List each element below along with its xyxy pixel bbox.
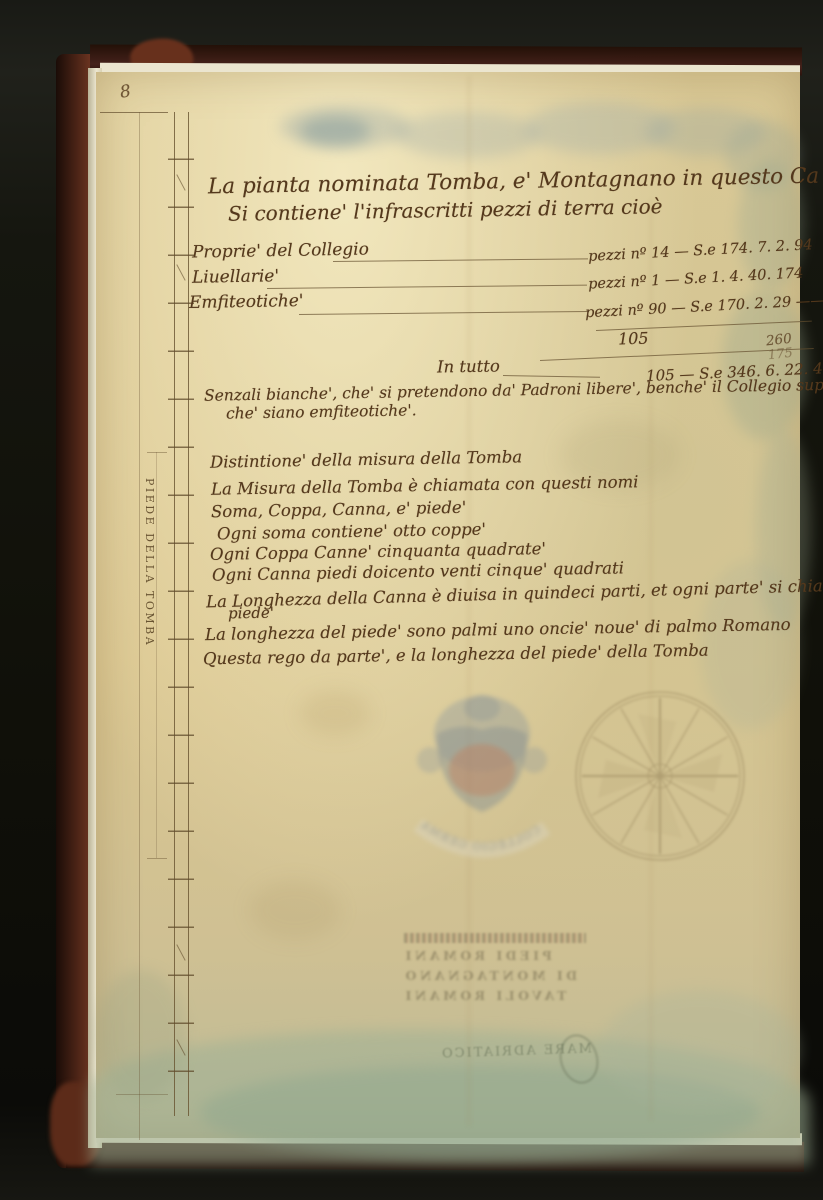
left-margin-line [139,112,140,1140]
bottom-margin-line [116,1094,168,1095]
bracket-tick-bottom [147,858,167,859]
stain [250,880,340,940]
measure-line: piede' [228,604,274,623]
bracket-tick-top [147,452,167,453]
showthrough-stamp-line: TAVOLI ROMANI [402,988,566,1003]
photograph-of-manuscript: COLLEGIO GERMANICO PIED [0,0,823,1200]
margin-scale-label: PIEDE DELLA TOMBA [143,478,156,648]
bracket-line [156,452,157,858]
row-label: Emfiteotiche' [189,291,304,313]
showthrough-border-band [300,116,370,146]
scale-tick-marks [168,112,194,1116]
total-label: In tutto [437,356,500,376]
showthrough-sea-wash [600,990,800,1110]
measuring-rod-scale [168,112,194,1116]
showthrough-stamp-line: DI MONTAGNANO [402,968,577,983]
row-label: Liuellarie' [192,266,279,288]
showthrough-compass-rose [572,688,748,864]
showthrough-stamp-line: PIEDI ROMANI [402,948,552,963]
subtotal-count: 105 [618,328,649,348]
showthrough-stamp-ornament-bar [404,933,586,943]
row-label: Proprie' del Collegio [192,239,369,262]
stain [300,690,370,736]
page-number: 8 [119,81,133,102]
note-line-2: che' siano emfiteotiche'. [226,401,417,422]
showthrough-coat-of-arms: COLLEGIO GERMANICO [402,682,562,877]
top-margin-line [100,112,168,113]
